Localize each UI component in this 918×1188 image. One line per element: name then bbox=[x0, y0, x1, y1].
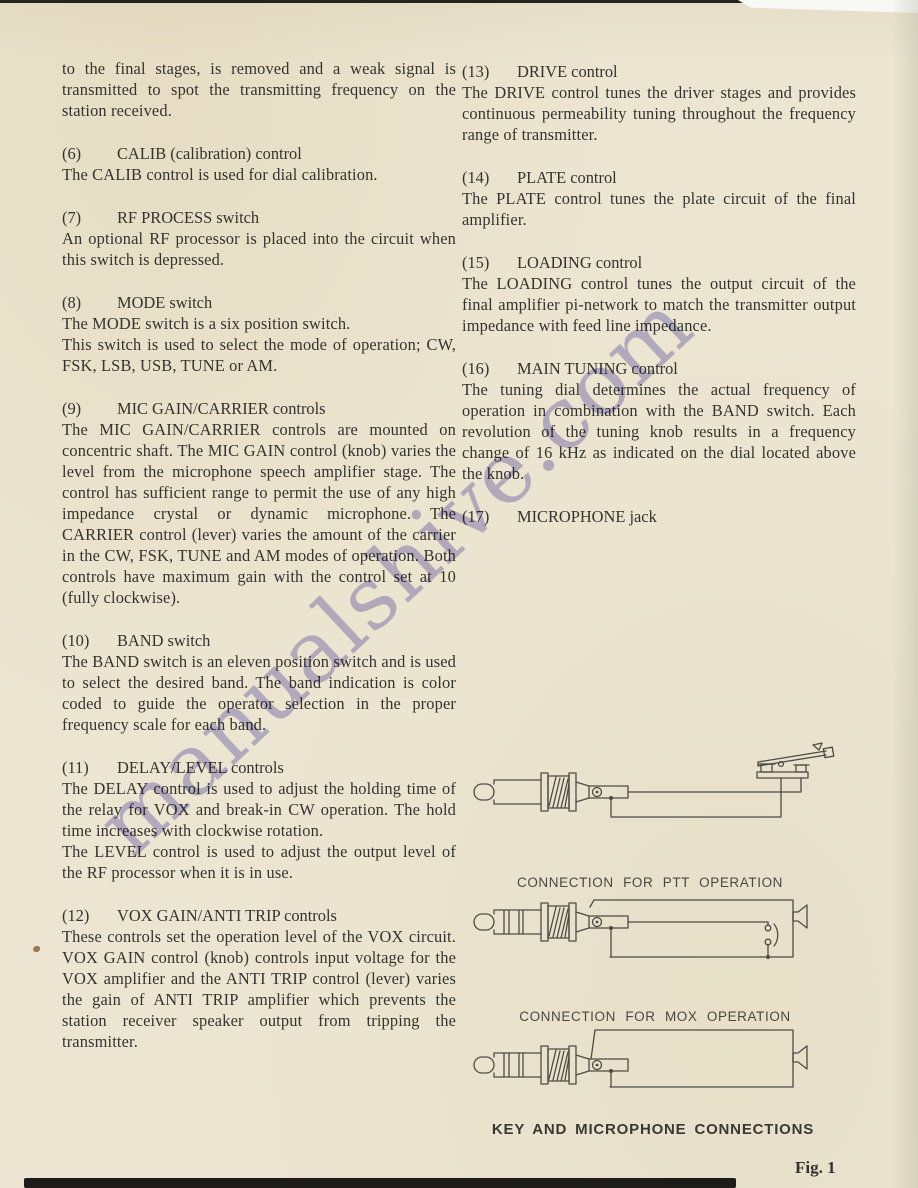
section-title: CALIB (calibration) control bbox=[117, 144, 302, 163]
section-title: DRIVE control bbox=[517, 62, 618, 81]
key-connection-diagram bbox=[460, 738, 910, 838]
section-number: (11) bbox=[62, 757, 117, 778]
section-heading: (8)MODE switch bbox=[62, 292, 456, 313]
section-number: (7) bbox=[62, 207, 117, 228]
section-heading: (10)BAND switch bbox=[62, 630, 456, 651]
ptt-caption: CONNECTION FOR PTT OPERATION bbox=[517, 875, 783, 890]
ptt-button-icon bbox=[774, 924, 778, 946]
section-heading: (16)MAIN TUNING control bbox=[462, 358, 856, 379]
figure-number-label: Fig. 1 bbox=[795, 1158, 836, 1178]
section-paragraph: This switch is used to select the mode o… bbox=[62, 334, 456, 376]
mox-caption: CONNECTION FOR MOX OPERATION bbox=[519, 1009, 791, 1024]
switch-contact bbox=[765, 939, 771, 945]
section-heading: (12)VOX GAIN/ANTI TRIP controls bbox=[62, 905, 456, 926]
section-title: DELAY/LEVEL controls bbox=[117, 758, 284, 777]
section-6-calib: (6)CALIB (calibration) control The CALIB… bbox=[62, 143, 456, 185]
section-number: (17) bbox=[462, 506, 517, 527]
stereo-plug-microphone-switch-drawing bbox=[460, 893, 910, 965]
section-number: (16) bbox=[462, 358, 517, 379]
plug-tip-icon bbox=[474, 914, 494, 930]
intro-paragraph: to the final stages, is removed and a we… bbox=[62, 58, 456, 121]
section-10-band: (10)BAND switch The BAND switch is an el… bbox=[62, 630, 456, 735]
plug-tip-icon bbox=[474, 1057, 494, 1073]
section-title: MICROPHONE jack bbox=[517, 507, 657, 526]
section-8-mode: (8)MODE switch The MODE switch is a six … bbox=[62, 292, 456, 376]
section-number: (13) bbox=[462, 61, 517, 82]
section-title: MAIN TUNING control bbox=[517, 359, 678, 378]
section-number: (15) bbox=[462, 252, 517, 273]
microphone-icon bbox=[793, 905, 807, 928]
figure-title: KEY AND MICROPHONE CONNECTIONS bbox=[492, 1121, 814, 1138]
section-13-drive: (13)DRIVE control The DRIVE control tune… bbox=[462, 61, 856, 145]
section-paragraph: The MODE switch is a six position switch… bbox=[62, 313, 456, 334]
section-title: LOADING control bbox=[517, 253, 642, 272]
section-paragraph: The CALIB control is used for dial calib… bbox=[62, 164, 456, 185]
section-heading: (17)MICROPHONE jack bbox=[462, 506, 856, 527]
section-title: VOX GAIN/ANTI TRIP controls bbox=[117, 906, 337, 925]
plug-tip-icon bbox=[474, 784, 494, 800]
section-heading: (15)LOADING control bbox=[462, 252, 856, 273]
scanned-manual-page: to the final stages, is removed and a we… bbox=[0, 0, 918, 1188]
section-16-main-tuning: (16)MAIN TUNING control The tuning dial … bbox=[462, 358, 856, 484]
scan-right-edge-shadow bbox=[892, 0, 918, 1188]
section-title: RF PROCESS switch bbox=[117, 208, 259, 227]
section-paragraph: The BAND switch is an eleven position sw… bbox=[62, 651, 456, 735]
stereo-plug-microphone-drawing bbox=[460, 1025, 910, 1095]
section-paragraph: The DELAY control is used to adjust the … bbox=[62, 778, 456, 841]
section-11-delay-level: (11)DELAY/LEVEL controls The DELAY contr… bbox=[62, 757, 456, 883]
section-paragraph: The PLATE control tunes the plate circui… bbox=[462, 188, 856, 230]
ptt-connection-diagram bbox=[460, 893, 910, 970]
section-17-microphone-jack: (17)MICROPHONE jack bbox=[462, 506, 856, 527]
section-number: (10) bbox=[62, 630, 117, 651]
section-15-loading: (15)LOADING control The LOADING control … bbox=[462, 252, 856, 336]
section-heading: (7)RF PROCESS switch bbox=[62, 207, 456, 228]
section-heading: (14)PLATE control bbox=[462, 167, 856, 188]
section-paragraph: These controls set the operation level o… bbox=[62, 926, 456, 1052]
section-paragraph: An optional RF processor is placed into … bbox=[62, 228, 456, 270]
section-title: MODE switch bbox=[117, 293, 212, 312]
section-heading: (11)DELAY/LEVEL controls bbox=[62, 757, 456, 778]
section-number: (8) bbox=[62, 292, 117, 313]
section-paragraph: The DRIVE control tunes the driver stage… bbox=[462, 82, 856, 145]
section-paragraph: The LEVEL control is used to adjust the … bbox=[62, 841, 456, 883]
section-paragraph: The tuning dial determines the actual fr… bbox=[462, 379, 856, 484]
section-number: (14) bbox=[462, 167, 517, 188]
left-column: to the final stages, is removed and a we… bbox=[62, 58, 456, 1052]
paper-speck bbox=[33, 946, 40, 952]
section-number: (9) bbox=[62, 398, 117, 419]
scan-corner-notch bbox=[738, 0, 918, 13]
scan-bottom-edge bbox=[24, 1178, 736, 1188]
microphone-icon bbox=[793, 1046, 807, 1069]
mox-connection-diagram bbox=[460, 1025, 910, 1100]
section-number: (12) bbox=[62, 905, 117, 926]
section-title: PLATE control bbox=[517, 168, 617, 187]
switch-contact bbox=[765, 925, 771, 931]
section-7-rf-process: (7)RF PROCESS switch An optional RF proc… bbox=[62, 207, 456, 270]
section-9-mic-gain-carrier: (9)MIC GAIN/CARRIER controls The MIC GAI… bbox=[62, 398, 456, 608]
section-title: MIC GAIN/CARRIER controls bbox=[117, 399, 326, 418]
right-column: (13)DRIVE control The DRIVE control tune… bbox=[462, 61, 856, 527]
section-heading: (9)MIC GAIN/CARRIER controls bbox=[62, 398, 456, 419]
section-14-plate: (14)PLATE control The PLATE control tune… bbox=[462, 167, 856, 230]
section-heading: (13)DRIVE control bbox=[462, 61, 856, 82]
telegraph-key-icon bbox=[757, 743, 834, 778]
section-title: BAND switch bbox=[117, 631, 210, 650]
phone-plug-telegraph-key-drawing bbox=[460, 738, 910, 833]
section-heading: (6)CALIB (calibration) control bbox=[62, 143, 456, 164]
section-paragraph: The LOADING control tunes the output cir… bbox=[462, 273, 856, 336]
section-paragraph: The MIC GAIN/CARRIER controls are mounte… bbox=[62, 419, 456, 608]
section-number: (6) bbox=[62, 143, 117, 164]
section-12-vox-gain-anti-trip: (12)VOX GAIN/ANTI TRIP controls These co… bbox=[62, 905, 456, 1052]
